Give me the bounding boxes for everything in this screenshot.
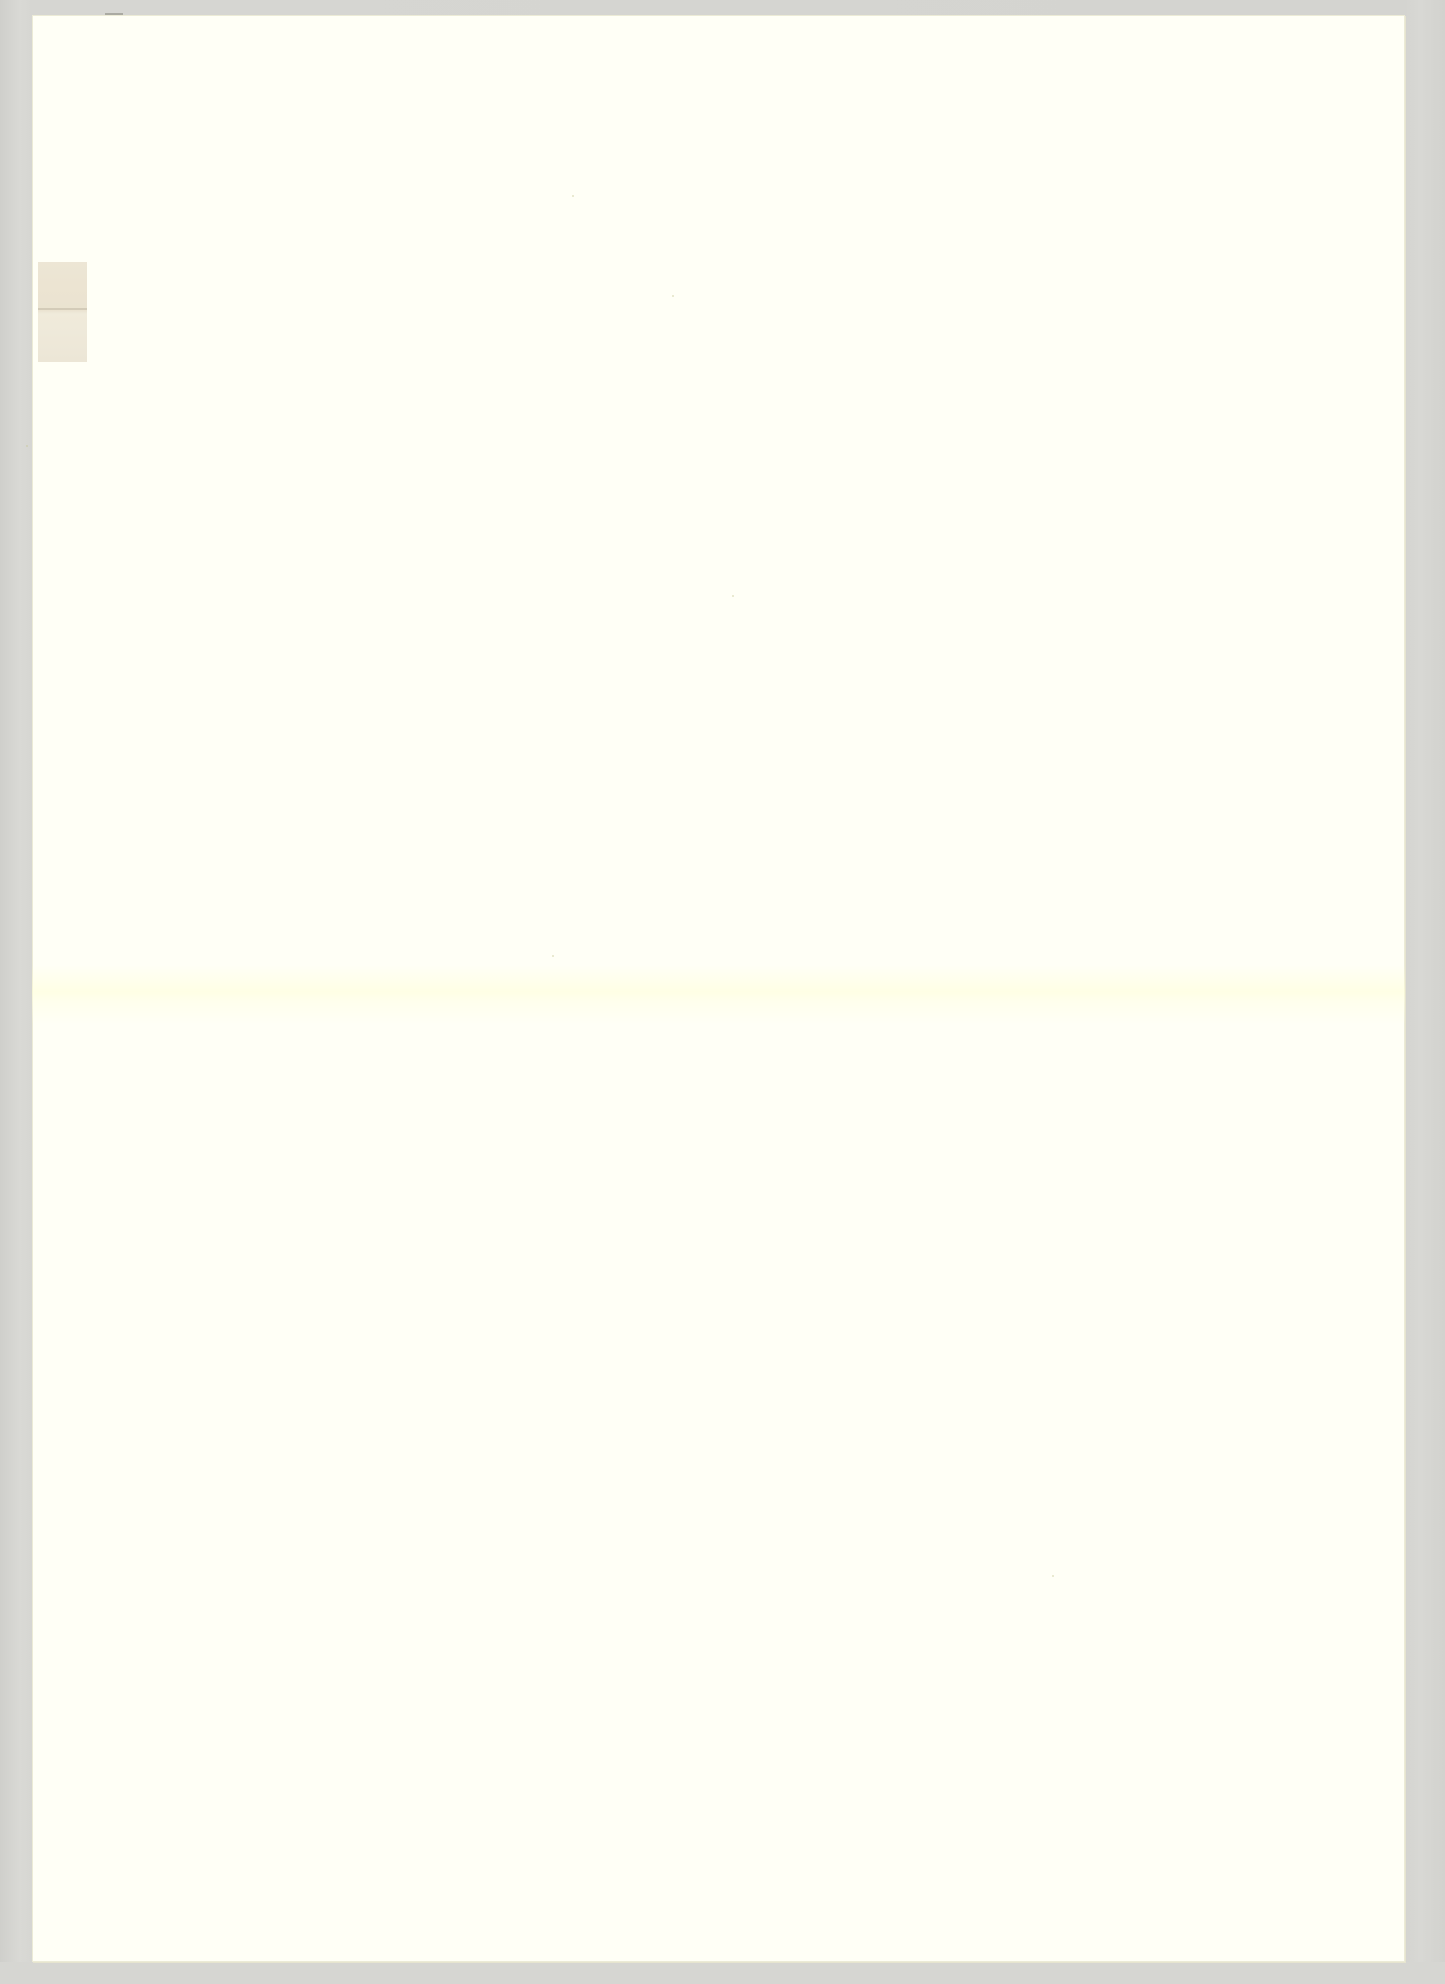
paper-speck (1052, 1575, 1054, 1577)
paper-speck (552, 955, 554, 957)
blank-page (32, 15, 1405, 1962)
scanner-background (0, 1962, 1445, 1984)
tape-patch (38, 262, 87, 362)
paper-speck (732, 595, 734, 597)
paper-speck (672, 295, 674, 297)
fold-line (32, 965, 1405, 1025)
paper-speck (26, 445, 28, 447)
paper-speck (572, 195, 574, 197)
